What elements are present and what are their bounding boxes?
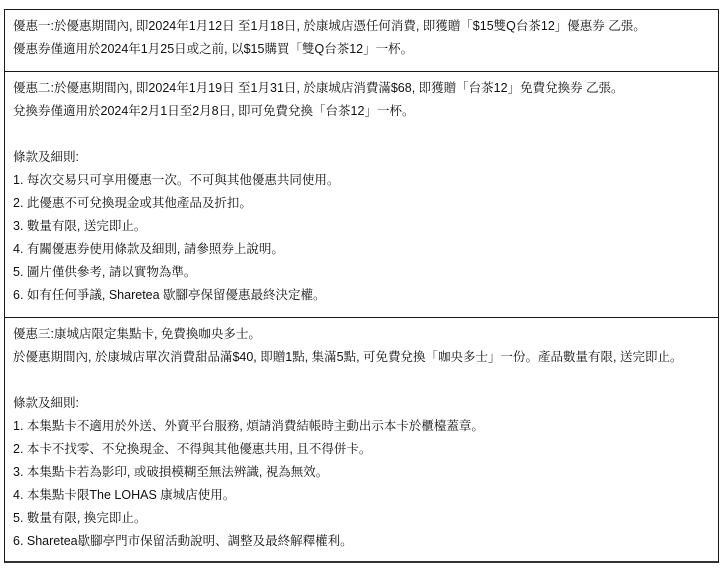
offer-2-term-item: 6. 如有任何爭議, Sharetea 歇腳亭保留優惠最終決定權。 (13, 284, 718, 307)
offer-3-term-item: 1. 本集點卡不適用於外送、外賣平台服務, 煩請消費結帳時主動出示本卡於櫃檯蓋章… (13, 415, 718, 438)
offer-3-term-item: 5. 數量有限, 換完即止。 (13, 507, 718, 530)
offer-3-term-item: 4. 本集點卡限The LOHAS 康城店使用。 (13, 484, 718, 507)
offer-2-terms-heading: 條款及細則: (13, 146, 718, 169)
offer-1-coupon-usage: 優惠券僅適用於2024年1月25日或之前, 以$15購買「雙Q台茶12」一杯。 (13, 38, 718, 61)
offers-table: 優惠一:於優惠期間內, 即2024年1月12日 至1月18日, 於康城店憑任何消… (4, 9, 719, 563)
offer-3-term-item: 6. Sharetea歇腳亭門市保留活動說明、調整及最終解釋權利。 (13, 530, 718, 553)
offer-1-cell: 優惠一:於優惠期間內, 即2024年1月12日 至1月18日, 於康城店憑任何消… (5, 10, 718, 71)
offer-3-term-item: 2. 本卡不找零、不兌換現金、不得與其他優惠共用, 且不得併卡。 (13, 438, 718, 461)
offer-2-coupon-usage: 兌換券僅適用於2024年2月1日至2月8日, 即可免費兌換「台茶12」一杯。 (13, 100, 718, 123)
offer-3-term-item: 3. 本集點卡若為影印, 或破損模糊至無法辨識, 視為無效。 (13, 461, 718, 484)
offer-2-term-item: 5. 圖片僅供參考, 請以實物為準。 (13, 261, 718, 284)
offer-3-headline: 優惠三:康城店限定集點卡, 免費換咖央多士。 (13, 323, 718, 346)
offer-2-headline: 優惠二:於優惠期間內, 即2024年1月19日 至1月31日, 於康城店消費滿$… (13, 77, 718, 100)
offer-3-description: 於優惠期間內, 於康城店單次消費甜品滿$40, 即贈1點, 集滿5點, 可免費兌… (13, 346, 718, 369)
spacer (13, 123, 718, 146)
offer-3-terms-heading: 條款及細則: (13, 392, 718, 415)
offer-2-term-item: 2. 此優惠不可兌換現金或其他產品及折扣。 (13, 192, 718, 215)
spacer (13, 369, 718, 392)
offer-3-cell: 優惠三:康城店限定集點卡, 免費換咖央多士。 於優惠期間內, 於康城店單次消費甜… (5, 317, 718, 561)
offer-2-cell: 優惠二:於優惠期間內, 即2024年1月19日 至1月31日, 於康城店消費滿$… (5, 71, 718, 317)
offer-2-term-item: 3. 數量有限, 送完即止。 (13, 215, 718, 238)
offer-1-headline: 優惠一:於優惠期間內, 即2024年1月12日 至1月18日, 於康城店憑任何消… (13, 15, 718, 38)
offer-2-term-item: 1. 每次交易只可享用優惠一次。不可與其他優惠共同使用。 (13, 169, 718, 192)
offer-2-term-item: 4. 有關優惠券使用條款及細則, 請參照券上說明。 (13, 238, 718, 261)
